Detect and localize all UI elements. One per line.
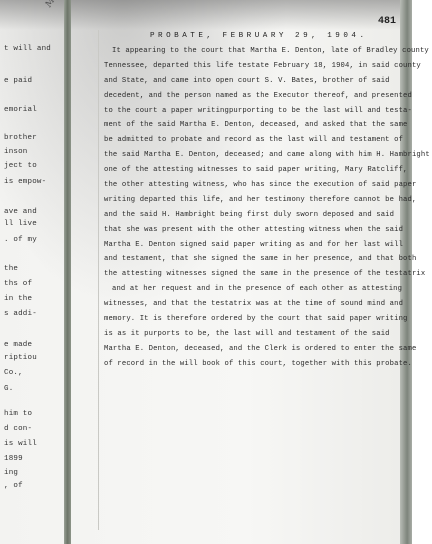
left-page-fragment: the <box>4 265 18 273</box>
body-line: ment of the said Martha E. Denton, decea… <box>104 118 404 133</box>
body-line: memory. It is therefore ordered by the c… <box>104 312 404 327</box>
left-page-fragment: d con- <box>4 425 32 433</box>
body-line: the said Martha E. Denton, deceased; and… <box>104 148 404 163</box>
body-line: and at her request and in the presence o… <box>104 282 404 297</box>
body-line: of record in the will book of this court… <box>104 357 404 372</box>
page-number: 481 <box>378 16 396 27</box>
body-line: is as it purports to be, the last will a… <box>104 327 404 342</box>
body-line: and the said H. Hambright being first du… <box>104 208 404 223</box>
left-page-fragment: t will and <box>4 45 51 53</box>
left-page-fragment: 1899 <box>4 455 23 463</box>
left-page-fragment: e made <box>4 341 32 349</box>
body-line: It appearing to the court that Martha E.… <box>104 44 404 59</box>
body-line: and State, and came into open court S. V… <box>104 74 404 89</box>
body-line: Martha E. Denton, deceased, and the Cler… <box>104 342 404 357</box>
left-page-fragment: s addi- <box>4 310 37 318</box>
left-page-fragment: ths of <box>4 280 32 288</box>
left-page-fragment: ing <box>4 469 18 477</box>
left-page-fragment: in the <box>4 295 32 303</box>
body-line: to the court a paper writingpurporting t… <box>104 104 404 119</box>
left-page-fragments: t will ande paidemorialbrotherinsonject … <box>4 0 64 544</box>
body-line: one of the attesting witnesses to said p… <box>104 163 404 178</box>
left-page-fragment: , of <box>4 482 23 490</box>
left-page-fragment: ave and <box>4 208 37 216</box>
margin-rule <box>98 30 99 530</box>
body-line: decedent, and the person named as the Ex… <box>104 89 404 104</box>
left-page-fragment: him to <box>4 410 32 418</box>
left-page-fragment: is empow- <box>4 178 46 186</box>
body-line: Tennessee, departed this life testate Fe… <box>104 59 404 74</box>
body-line: Martha E. Denton signed said paper writi… <box>104 238 404 253</box>
left-page-fragment: inson <box>4 148 28 156</box>
left-page-fragment: brother <box>4 134 37 142</box>
page-heading: PROBATE, FEBRUARY 29, 1904. <box>150 32 368 40</box>
left-page-fragment: ll live <box>4 220 37 228</box>
left-page-fragment: e paid <box>4 77 32 85</box>
body-line: the attesting witnesses signed the same … <box>104 267 404 282</box>
left-page-fragment: ject to <box>4 162 37 170</box>
body-line: be admitted to probate and record as the… <box>104 133 404 148</box>
body-line: witnesses, and that the testatrix was at… <box>104 297 404 312</box>
left-page-fragment: . of my <box>4 236 37 244</box>
body-line: writing departed this life, and her test… <box>104 193 404 208</box>
left-page-fragment: riptiou <box>4 354 37 362</box>
left-page-fragment: G. <box>4 385 13 393</box>
body-line: and testament, that she signed the same … <box>104 252 404 267</box>
body-line: the other attesting witness, who has sin… <box>104 178 404 193</box>
probate-body: It appearing to the court that Martha E.… <box>104 44 404 372</box>
left-page-fragment: emorial <box>4 106 37 114</box>
body-line: that she was present with the other atte… <box>104 223 404 238</box>
left-page-fragment: Co., <box>4 369 23 377</box>
book-binding <box>64 0 71 544</box>
left-page-fragment: is will <box>4 440 37 448</box>
